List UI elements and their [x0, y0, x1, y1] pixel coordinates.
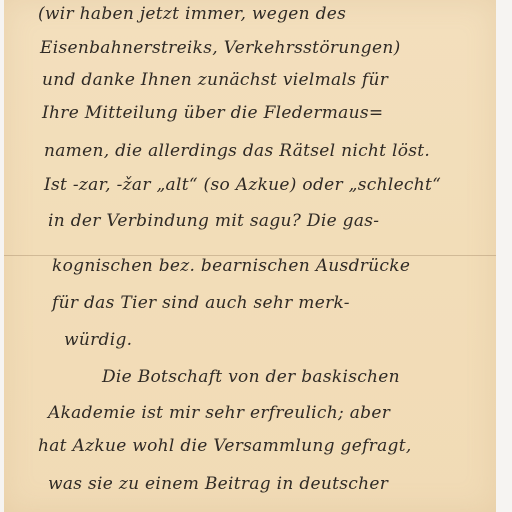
text-line-14: was sie zu einem Beitrag in deutscher [48, 474, 388, 494]
text-line-3: und danke Ihnen zunächst vielmals für [42, 70, 388, 90]
text-line-12: Akademie ist mir sehr erfreulich; aber [48, 403, 390, 423]
text-line-1: (wir haben jetzt immer, wegen des [38, 4, 346, 24]
text-line-7: in der Verbindung mit sagu? Die gas- [48, 211, 379, 231]
text-line-13: hat Azkue wohl die Versammlung gefragt, [38, 436, 412, 456]
text-line-9: für das Tier sind auch sehr merk- [52, 293, 350, 313]
text-line-5: namen, die allerdings das Rätsel nicht l… [44, 141, 430, 161]
text-line-11: Die Botschaft von der baskischen [102, 367, 400, 387]
text-line-2: Eisenbahnerstreiks, Verkehrsstörungen) [40, 38, 401, 58]
text-line-10: würdig. [64, 330, 132, 350]
text-line-6: Ist -zar, -žar „alt“ (so Azkue) oder „sc… [44, 175, 441, 195]
text-line-4: Ihre Mitteilung über die Fledermaus= [42, 103, 383, 123]
text-line-8: kognischen bez. bearnischen Ausdrücke [52, 256, 410, 276]
